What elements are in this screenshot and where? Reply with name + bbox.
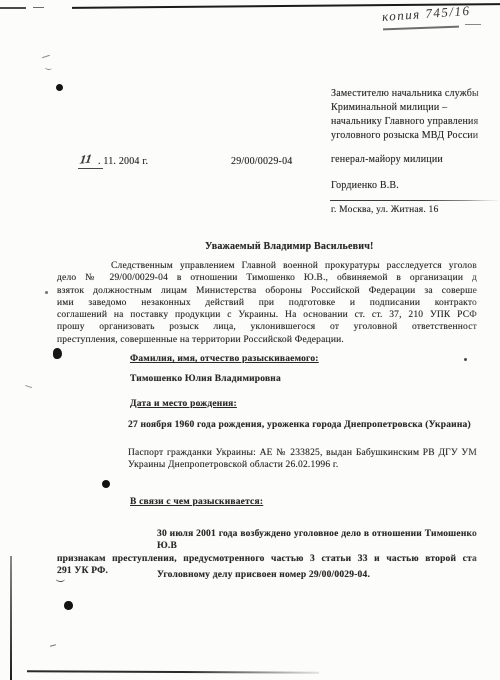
- ink-blot: [53, 348, 62, 359]
- recipient-name: Гордиенко В.В.: [331, 179, 399, 193]
- scanned-letter-page: копия 745/16 Заместителю начальника служ…: [0, 0, 500, 680]
- scan-left-border-line: [10, 556, 12, 680]
- body-line: соглашений на поставку продукции с Украи…: [57, 309, 477, 321]
- typed-date: . 11. 2004 г.: [98, 156, 148, 167]
- case-number-line: Уголовному делу присвоен номер 29/00/002…: [157, 569, 370, 581]
- section-heading-reason: В связи с чем разыскивается:: [130, 496, 263, 508]
- section-heading-birth: Дата и место рождения:: [130, 398, 237, 410]
- handwritten-underline-stroke: [465, 24, 481, 25]
- body-line: дело № 29/00/0029-04 в отношении Тимошен…: [57, 272, 477, 284]
- passport-line: Паспорт гражданки Украины: АЕ № 233825, …: [128, 447, 477, 459]
- scan-top-dash: [0, 7, 26, 9]
- section-heading-full-name: Фамилия, имя, отчество разыскиваемого:: [130, 353, 319, 365]
- reason-line: 30 июля 2001 года возбуждено уголовное д…: [57, 528, 477, 553]
- salutation: Уважаемый Владимир Васильевич!: [205, 241, 374, 252]
- passport-line: Украины Днепропетровской области 26.02.1…: [128, 459, 477, 471]
- pencil-dot: [45, 291, 48, 294]
- body-line: преступления, совершенные на территории …: [57, 334, 477, 346]
- pencil-mark: [42, 55, 50, 59]
- wanted-person-name: Тимошенко Юлия Владимировна: [130, 373, 281, 385]
- body-paragraph: Следственным управлением Главной военной…: [57, 260, 477, 346]
- body-line: взяток должностным лицам Министерства об…: [57, 285, 477, 297]
- body-line: Следственным управлением Главной военной…: [57, 260, 477, 272]
- ink-speck: [464, 358, 467, 361]
- recipient-divider-line: [330, 200, 498, 201]
- handwritten-underline-stroke: [383, 26, 459, 30]
- reference-number: 29/00/0029-04: [231, 156, 293, 167]
- birth-info: 27 ноября 1960 года рождения, уроженка г…: [128, 419, 471, 431]
- recipient-address: г. Москва, ул. Житная. 16: [331, 205, 438, 215]
- ink-blot: [64, 601, 73, 610]
- recipient-block: Заместителю начальника службы Криминальн…: [331, 87, 499, 143]
- ink-dot: [56, 84, 63, 91]
- handwritten-day-underline: [78, 168, 103, 169]
- body-line: прошу организовать розыск лица, уклонивш…: [57, 321, 477, 333]
- pencil-mark: [25, 385, 32, 388]
- handwritten-day: 11: [79, 151, 93, 167]
- recipient-line: начальнику Главного управления: [331, 115, 499, 129]
- pencil-check-mark: [45, 64, 53, 70]
- recipient-rank: генерал-майору милиции: [331, 153, 443, 167]
- body-line: ими заведомо незаконных действий при под…: [57, 297, 477, 309]
- scan-top-dash: [33, 7, 44, 8]
- recipient-line: Криминальной милиции –: [331, 101, 499, 115]
- recipient-line: Заместителю начальника службы: [331, 87, 499, 101]
- reason-line: признакам преступления, предусмотренного…: [57, 553, 477, 565]
- recipient-line: уголовного розыска МВД России: [331, 129, 499, 143]
- ink-blot: [102, 480, 110, 488]
- scan-bottom-border-line: [27, 670, 319, 673]
- passport-paragraph: Паспорт гражданки Украины: АЕ № 233825, …: [128, 447, 477, 472]
- pencil-mark: [50, 644, 56, 647]
